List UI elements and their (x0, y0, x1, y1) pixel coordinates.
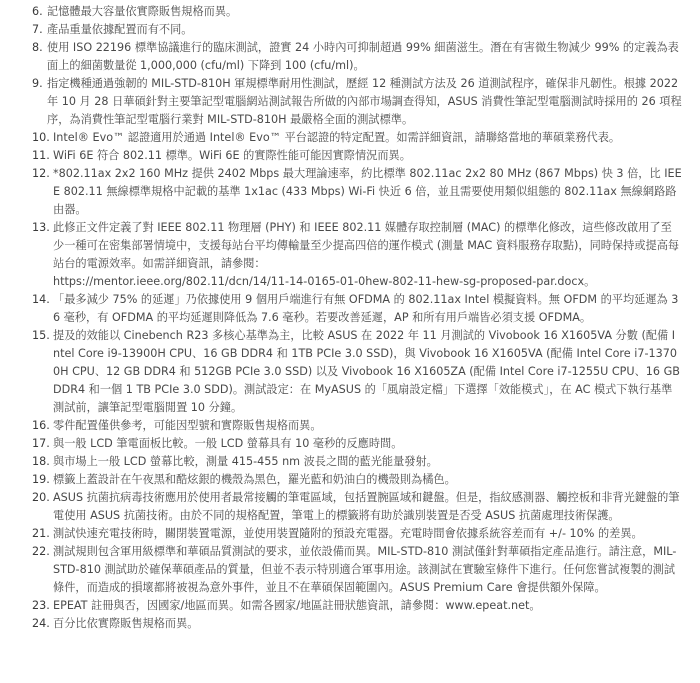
footnote-15: 15.提及的效能以 Cinebench R23 多核心基準為主，比較 ASUS … (32, 327, 682, 417)
footnote-number: 16. (32, 417, 50, 435)
footnote-number: 13. (32, 219, 50, 237)
footnote-number: 19. (32, 471, 50, 489)
footnotes-list: 6.記憶體最大容量依實際販售規格而異。 7.產品重量依據配置而有不同。 8.使用… (32, 3, 682, 633)
footnote-number: 17. (32, 435, 50, 453)
footnote-7: 7.產品重量依據配置而有不同。 (32, 21, 682, 39)
footnote-text: 與市場上一般 LCD 螢幕比較，測量 415-455 nm 波長之間的藍光能量發… (53, 453, 682, 471)
footnote-6: 6.記憶體最大容量依實際販售規格而異。 (32, 3, 682, 21)
footnote-number: 7. (32, 21, 43, 39)
footnote-20: 20.ASUS 抗菌抗病毒技術應用於使用者最常接觸的筆電區域，包括置腕區域和鍵盤… (32, 489, 682, 525)
footnote-8: 8.使用 ISO 22196 標準協議進行的臨床測試，證實 24 小時內可抑制超… (32, 39, 682, 75)
footnote-text: Intel® Evo™ 認證適用於通過 Intel® Evo™ 平台認證的特定配… (53, 129, 682, 147)
footnote-number: 22. (32, 543, 50, 561)
footnote-text: 指定機種通過強韌的 MIL-STD-810H 軍規標準耐用性測試，歷經 12 種… (47, 75, 682, 129)
footnote-number: 21. (32, 525, 50, 543)
footnote-number: 9. (32, 75, 43, 93)
footnote-10: 10.Intel® Evo™ 認證適用於通過 Intel® Evo™ 平台認證的… (32, 129, 682, 147)
footnote-text: 測試快速充電技術時，關閉裝置電源，並使用裝置隨附的預設充電器。充電時間會依據系統… (53, 525, 682, 543)
footnote-text: 此修正文件定義了對 IEEE 802.11 物理層 (PHY) 和 IEEE 8… (53, 219, 682, 273)
footnote-text: 使用 ISO 22196 標準協議進行的臨床測試，證實 24 小時內可抑制超過 … (47, 39, 682, 75)
ieee-reference-link[interactable]: https://mentor.ieee.org/802.11/dcn/14/11… (53, 273, 682, 291)
footnote-text: 提及的效能以 Cinebench R23 多核心基準為主，比較 ASUS 在 2… (53, 327, 682, 417)
footnote-number: 23. (32, 597, 50, 615)
footnote-number: 12. (32, 165, 50, 183)
footnote-text: *802.11ax 2x2 160 MHz 提供 2402 Mbps 最大理論速… (53, 165, 682, 219)
footnote-number: 20. (32, 489, 50, 507)
footnote-17: 17.與一般 LCD 筆電面板比較。一般 LCD 螢幕具有 10 毫秒的反應時間… (32, 435, 682, 453)
footnote-text: EPEAT 註冊與否，因國家/地區而異。如需各國家/地區註冊狀態資訊，請參閱：w… (53, 597, 682, 615)
footnote-text: 產品重量依據配置而有不同。 (47, 21, 682, 39)
footnote-21: 21.測試快速充電技術時，關閉裝置電源，並使用裝置隨附的預設充電器。充電時間會依… (32, 525, 682, 543)
footnote-text: 標籤上蓋設計在午夜黑和酷炫銀的機殼為黑色，羅光藍和奶油白的機殼則為橘色。 (53, 471, 682, 489)
footnote-11: 11.WiFi 6E 符合 802.11 標準。WiFi 6E 的實際性能可能因… (32, 147, 682, 165)
footnote-text: WiFi 6E 符合 802.11 標準。WiFi 6E 的實際性能可能因實際情… (53, 147, 682, 165)
footnote-number: 8. (32, 39, 43, 57)
footnote-text: 「最多減少 75% 的延遲」乃依據使用 9 個用戶端進行有無 OFDMA 的 8… (53, 291, 682, 327)
footnote-number: 24. (32, 615, 50, 633)
footnote-22: 22.測試規則包含軍用級標準和華碩品質測試的要求，並依設備而異。MIL-STD-… (32, 543, 682, 597)
footnote-number: 10. (32, 129, 50, 147)
footnote-24: 24.百分比依實際販售規格而異。 (32, 615, 682, 633)
footnote-text: 零件配置僅供參考，可能因型號和實際販售規格而異。 (53, 417, 682, 435)
footnote-text: 記憶體最大容量依實際販售規格而異。 (47, 3, 682, 21)
footnote-9: 9.指定機種通過強韌的 MIL-STD-810H 軍規標準耐用性測試，歷經 12… (32, 75, 682, 129)
footnote-text: 百分比依實際販售規格而異。 (53, 615, 682, 633)
footnote-19: 19.標籤上蓋設計在午夜黑和酷炫銀的機殼為黑色，羅光藍和奶油白的機殼則為橘色。 (32, 471, 682, 489)
footnote-16: 16.零件配置僅供參考，可能因型號和實際販售規格而異。 (32, 417, 682, 435)
footnote-12: 12.*802.11ax 2x2 160 MHz 提供 2402 Mbps 最大… (32, 165, 682, 219)
footnote-number: 11. (32, 147, 50, 165)
footnote-18: 18.與市場上一般 LCD 螢幕比較，測量 415-455 nm 波長之間的藍光… (32, 453, 682, 471)
footnote-14: 14.「最多減少 75% 的延遲」乃依據使用 9 個用戶端進行有無 OFDMA … (32, 291, 682, 327)
footnote-text: 測試規則包含軍用級標準和華碩品質測試的要求，並依設備而異。MIL-STD-810… (53, 543, 682, 597)
footnote-13: 13.此修正文件定義了對 IEEE 802.11 物理層 (PHY) 和 IEE… (32, 219, 682, 291)
footnote-number: 15. (32, 327, 50, 345)
footnote-text: ASUS 抗菌抗病毒技術應用於使用者最常接觸的筆電區域，包括置腕區域和鍵盤。但是… (53, 489, 682, 525)
footnote-text: 與一般 LCD 筆電面板比較。一般 LCD 螢幕具有 10 毫秒的反應時間。 (53, 435, 682, 453)
footnote-number: 18. (32, 453, 50, 471)
footnote-23: 23.EPEAT 註冊與否，因國家/地區而異。如需各國家/地區註冊狀態資訊，請參… (32, 597, 682, 615)
footnote-number: 6. (32, 3, 43, 21)
footnote-number: 14. (32, 291, 50, 309)
